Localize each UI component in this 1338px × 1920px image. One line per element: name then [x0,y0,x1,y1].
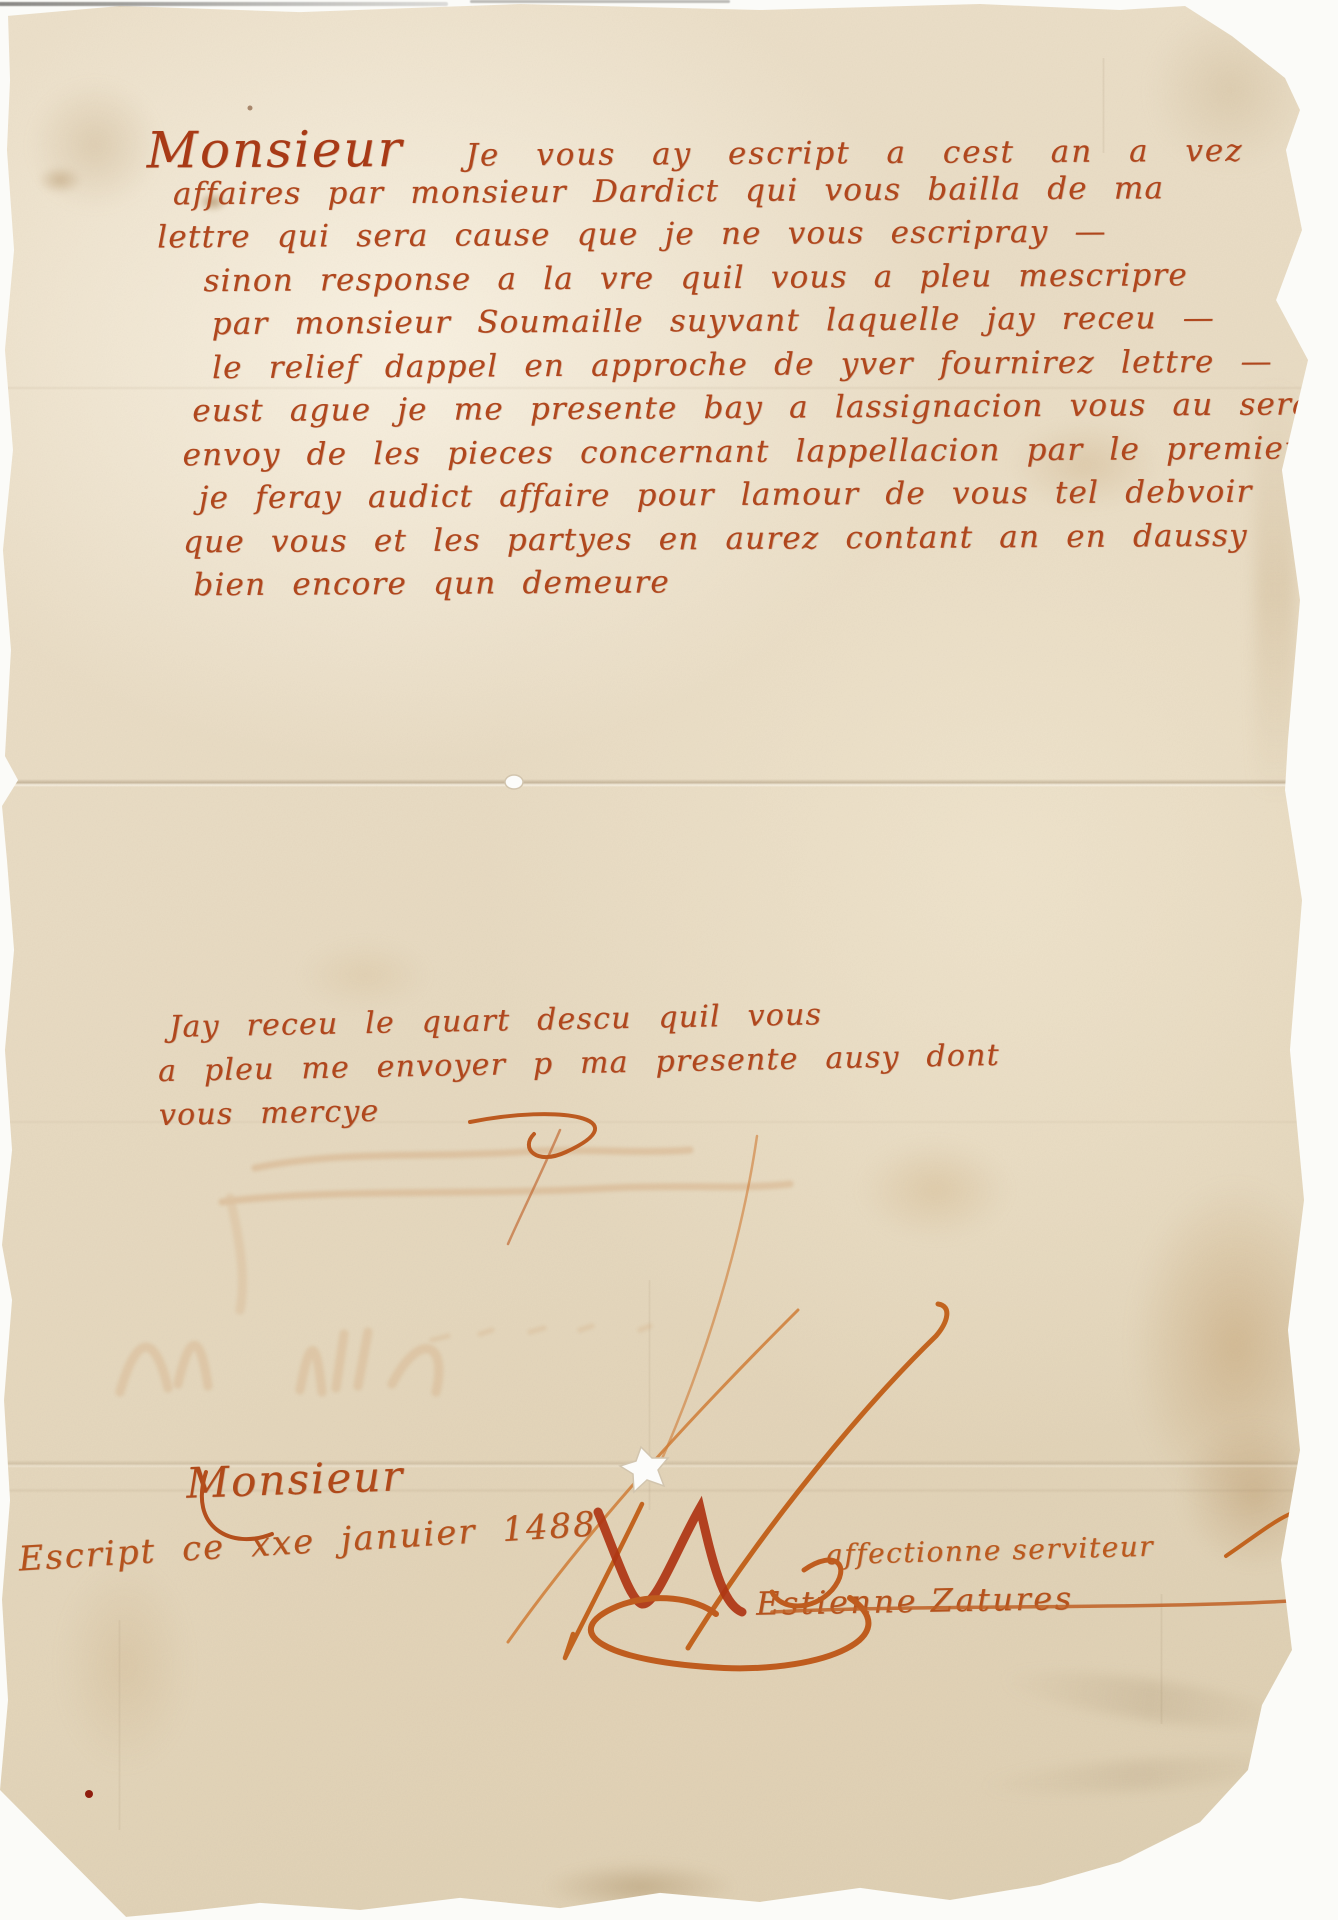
stain [60,1560,190,1770]
body-line: lettre qui sera cause que je ne vous esc… [157,209,1311,260]
crumple-shading [979,1749,1300,1801]
body-line: que vous et les partyes en aurez contant… [183,514,1313,564]
scan-edge [470,0,730,3]
manuscript-page: MonsieurJe vous ay escript a cest an a v… [0,0,1338,1920]
mercye-swash [470,1114,595,1244]
scan-edge [0,2,448,6]
paper-hole-star [620,1447,668,1492]
ink-speck [248,106,253,111]
body-line: eust ague je me presente bay a lassignac… [192,383,1312,433]
fold-crease-vertical [1160,1594,1163,1724]
salutation-monsieur: Monsieur [147,120,404,180]
stain [30,80,160,210]
signoff-line: affectionne serviteur [826,1530,1155,1572]
body-line: bien encore qun demeure [193,557,1313,607]
closing-salutation: Monsieur [185,1451,405,1508]
scanned-manuscript: { "document": { "kind": "handwritten let… [0,0,1338,1920]
stain [1180,1420,1330,1570]
ink-dot [85,1790,93,1798]
postscript: Jay receu le quart descu quil vous a ple… [157,990,1001,1138]
body-line: le relief dappel en approche de yver fou… [212,340,1312,390]
body-line: affaires par monsieur Dardict qui vous b… [173,166,1311,216]
body-line: je feray audict affaire pour lamour de v… [199,470,1313,520]
fold-crease-vertical [648,1280,651,1510]
stain [860,1140,1010,1240]
letter-body: MonsieurJe vous ay escript a cest an a v… [147,122,1313,608]
body-line: sinon response a la vre quil vous a pleu… [203,253,1311,303]
paper-hole [505,775,523,789]
signature-name: Estienne Zatures [756,1579,1074,1623]
stain [545,1862,735,1912]
stain [300,940,430,1010]
fold-crease-vertical [118,1620,121,1830]
crumple-shading [999,1659,1302,1740]
bleed-through-text [120,1150,790,1392]
body-line: MonsieurJe vous ay escript a cest an a v… [147,122,1311,173]
body-line: par monsieur Soumaille suyvant laquelle … [212,296,1312,346]
stain [38,166,82,194]
stain [1130,1180,1338,1510]
dateline: Escript ce xxe januier 1488 [17,1504,597,1579]
fold-crease [0,779,1338,787]
body-line: envoy de les pieces concernant lappellac… [182,427,1312,477]
